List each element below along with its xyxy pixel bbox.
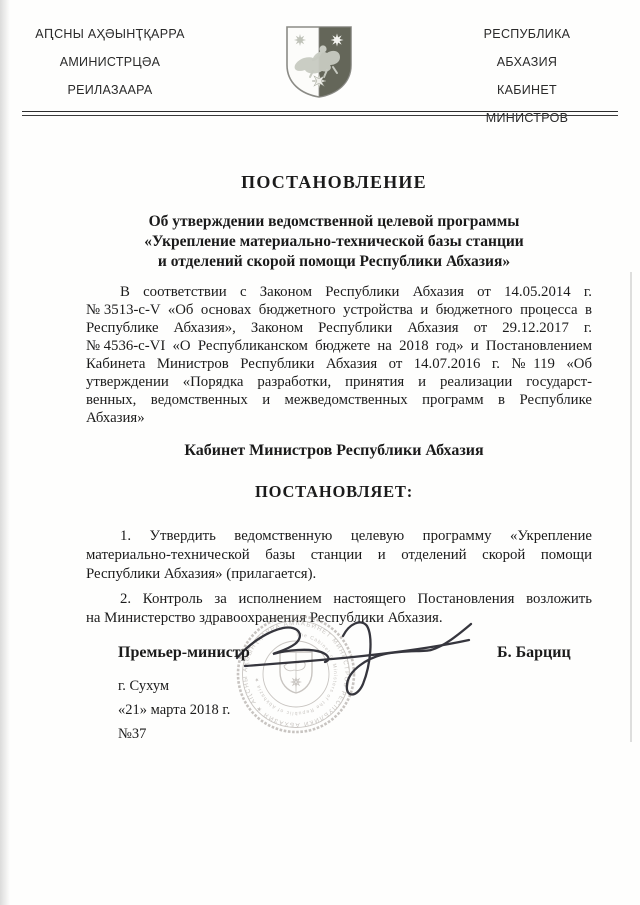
- org-name-line: КАБИНЕТ: [452, 76, 602, 104]
- text-line: №3513-с-V «Об основах бюджетного устройс…: [86, 301, 592, 319]
- date-line: «21» марта 2018 г.: [118, 702, 230, 718]
- org-name-line: АԤСНЫ АҲӘЫНҬҚАРРА: [26, 20, 194, 48]
- text-line: Кабинета Министров Республики Абхазия от…: [86, 355, 592, 373]
- scan-edge-line: [630, 272, 632, 742]
- document-title: ПОСТАНОВЛЕНИЕ: [70, 172, 598, 193]
- subtitle-line: «Укрепление материально-технической базы…: [70, 232, 598, 252]
- org-name-line: РЕСПУБЛИКА АБХАЗИЯ: [452, 20, 602, 76]
- preamble-paragraph: В соответствии с Законом Республики Абха…: [86, 283, 592, 427]
- org-name-line: АМИНИСТРЦӘА: [26, 48, 194, 76]
- coat-of-arms-icon: [283, 25, 355, 104]
- text-line: Республике Абхазия», Законом Республики …: [86, 319, 592, 337]
- text-line: 1. Утвердить ведомственную целевую прогр…: [86, 527, 592, 546]
- org-name-line: РЕИЛАЗААРА: [26, 76, 194, 104]
- resolves-heading: ПОСТАНОВЛЯЕТ:: [70, 482, 598, 502]
- subtitle-line: и отделений скорой помощи Республики Абх…: [70, 252, 598, 272]
- subtitle-line: Об утверждении ведомственной целевой про…: [70, 212, 598, 232]
- place-line: г. Сухум: [118, 678, 169, 694]
- org-name-line: МИНИСТРОВ: [452, 104, 602, 132]
- scan-edge-shadow: [0, 0, 10, 905]
- header-divider: [22, 111, 618, 116]
- handwritten-signature-icon: [225, 606, 485, 716]
- text-line: В соответствии с Законом Республики Абха…: [86, 283, 592, 301]
- document-subtitle: Об утверждении ведомственной целевой про…: [70, 212, 598, 272]
- document-page: АԤСНЫ АҲӘЫНҬҚАРРА АМИНИСТРЦӘА РЕИЛАЗААРА: [0, 0, 640, 905]
- text-line: материально-технической базы станции и о…: [86, 546, 592, 565]
- cabinet-line: Кабинет Министров Республики Абхазия: [70, 442, 598, 460]
- org-name-abkhaz: АԤСНЫ АҲӘЫНҬҚАРРА АМИНИСТРЦӘА РЕИЛАЗААРА: [26, 20, 194, 104]
- signer-name: Б. Барциц: [497, 644, 571, 662]
- text-line: утверждении «Порядка разработки, приняти…: [86, 373, 592, 391]
- text-line: Абхазия»: [86, 409, 592, 427]
- text-line: №4536-с-VI «О Республиканском бюджете на…: [86, 337, 592, 355]
- signer-title: Премьер-министр: [118, 644, 250, 662]
- text-line: Республики Абхазия» (прилагается).: [86, 565, 592, 584]
- document-number: №37: [118, 726, 146, 742]
- resolution-item-1: 1. Утвердить ведомственную целевую прогр…: [86, 527, 592, 584]
- text-line: венных, ведомственных и межведомственных…: [86, 391, 592, 409]
